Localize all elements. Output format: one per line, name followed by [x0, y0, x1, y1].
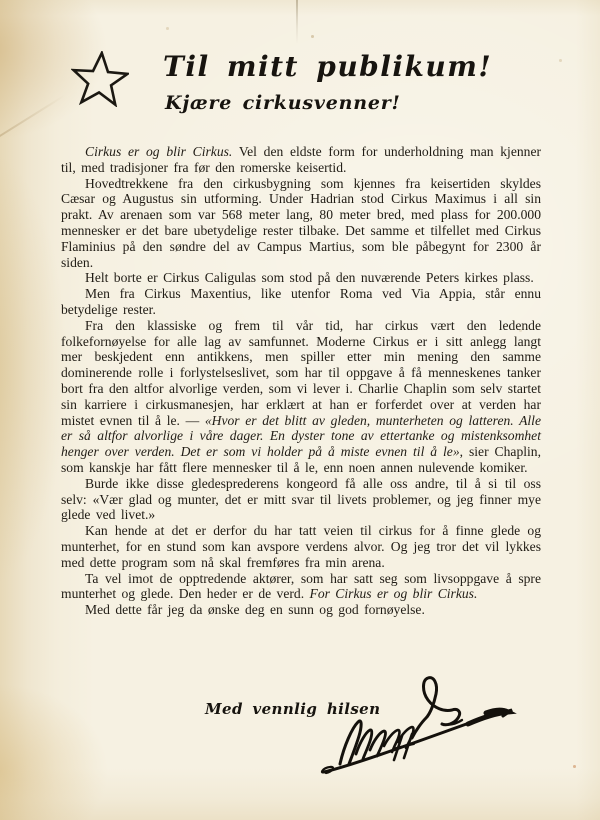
scanned-letter-page: Til mitt publikum! Kjære cirkusvenner! C…	[0, 0, 600, 820]
page-title: Til mitt publikum!	[163, 50, 543, 83]
paragraph: Helt borte er Cirkus Caligulas som stod …	[61, 270, 541, 286]
paragraph-segment: Helt borte er Cirkus Caligulas som stod …	[85, 270, 534, 285]
paragraph-segment: Hovedtrekkene fra den cirkusbygning som …	[61, 176, 541, 270]
letter-body: Cirkus er og blir Cirkus. Vel den eldste…	[61, 144, 541, 618]
paragraph-segment: Men fra Cirkus Maxentius, like utenfor R…	[61, 286, 541, 317]
paper-corner-crease	[0, 94, 66, 143]
paragraph: Med dette får jeg da ønske deg en sunn o…	[61, 602, 541, 618]
paragraph-segment-italic: Cirkus er og blir Cirkus.	[85, 144, 232, 159]
paragraph-segment: Kan hende at det er derfor du har tatt v…	[61, 523, 541, 570]
paragraph-segment: Fra den klassiske og frem til vår tid, h…	[61, 318, 541, 428]
paragraph-segment: Med dette får jeg da ønske deg en sunn o…	[85, 602, 425, 617]
paragraph: Cirkus er og blir Cirkus. Vel den eldste…	[61, 144, 541, 176]
paragraph-segment: Burde ikke disse gledesprederens kongeor…	[61, 476, 541, 523]
signature-arnardo-icon	[318, 672, 518, 790]
paragraph: Fra den klassiske og frem til vår tid, h…	[61, 318, 541, 476]
paper-fold-crease	[296, 0, 298, 44]
paragraph: Ta vel imot de opptredende aktører, som …	[61, 571, 541, 603]
star-icon	[71, 51, 129, 107]
paper-speckles	[0, 0, 1, 1]
paragraph: Burde ikke disse gledesprederens kongeor…	[61, 476, 541, 523]
page-subtitle: Kjære cirkusvenner!	[165, 92, 543, 114]
paragraph: Men fra Cirkus Maxentius, like utenfor R…	[61, 286, 541, 318]
paragraph: Hovedtrekkene fra den cirkusbygning som …	[61, 176, 541, 271]
letter-header: Til mitt publikum! Kjære cirkusvenner!	[163, 50, 543, 114]
paragraph: Kan hende at det er derfor du har tatt v…	[61, 523, 541, 570]
paragraph-segment-italic: For Cirkus er og blir Cirkus.	[310, 586, 478, 601]
